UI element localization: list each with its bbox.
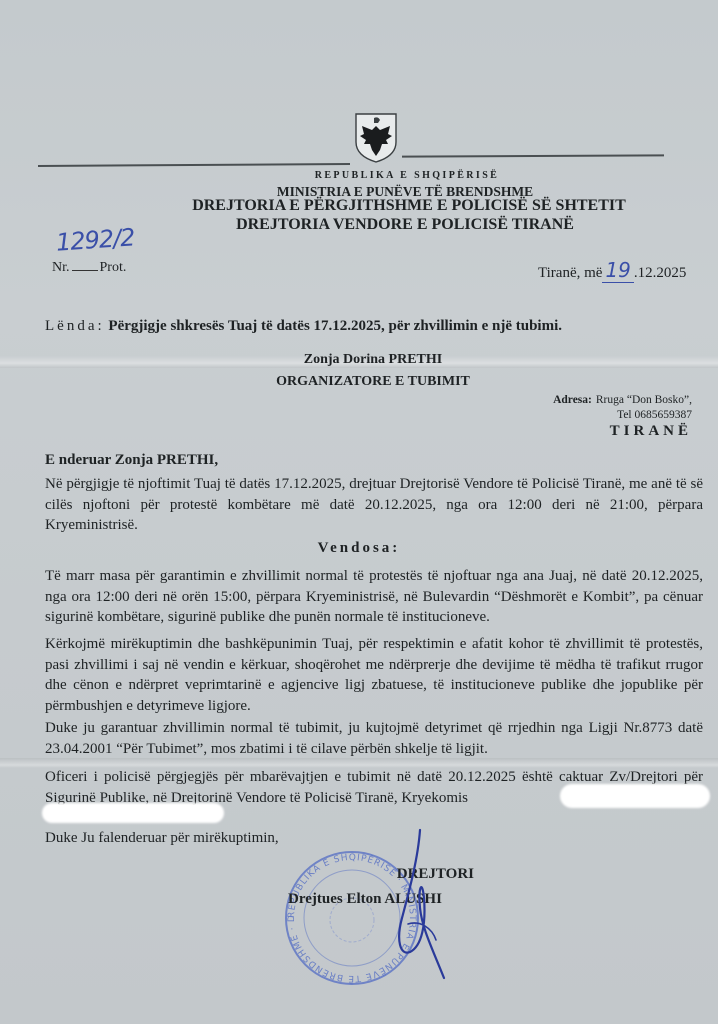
paragraph-intro: Në përgjigje të njoftimit Tuaj të datës …: [45, 474, 703, 536]
header-republic: REPUBLIKA E SHQIPËRISË: [48, 170, 718, 181]
header-local-directorate: DREJTORIA VENDORE E POLICISË TIRANË: [46, 216, 718, 234]
address-phone: Tel 0685659387: [553, 408, 692, 423]
subject-label: Lënda:: [45, 318, 105, 334]
date-line: Tiranë, më19.12.2025: [538, 258, 686, 282]
paragraph-decision: Të marr masa për garantimin e zhvillimit…: [45, 566, 703, 628]
date-prefix: Tiranë, më: [538, 265, 602, 281]
date-suffix: .12.2025: [634, 265, 687, 281]
redaction-mark: [560, 784, 710, 808]
paragraph-law-reminder: Duke ju garantuar zhvillimin normal të t…: [45, 718, 703, 759]
recipient-role: ORGANIZATORE E TUBIMIT: [14, 374, 718, 390]
handwritten-day: 19: [602, 258, 633, 283]
nr-blank: [72, 270, 98, 271]
subject-text: Përgjigje shkresës Tuaj të datës 17.12.2…: [108, 318, 562, 334]
recipient-address: Adresa:Rruga “Don Bosko”, Tel 0685659387: [553, 393, 692, 423]
greeting: E nderuar Zonja PRETHI,: [45, 452, 218, 469]
signature-icon: [380, 828, 460, 988]
nr-label: Nr.: [52, 260, 70, 275]
address-label: Adresa:: [553, 394, 592, 406]
paragraph-request: Kërkojmë mirëkuptimin dhe bashkëpunimin …: [45, 634, 703, 716]
subject-line: Lënda: Përgjigje shkresës Tuaj të datës …: [45, 318, 562, 335]
header-rule: [38, 163, 350, 167]
albanian-coat-of-arms-icon: [354, 112, 398, 164]
decision-heading: Vendosa:: [0, 540, 718, 557]
header-rule: [402, 154, 664, 157]
redaction-mark: [42, 803, 224, 823]
header-general-directorate: DREJTORIA E PËRGJITHSHME E POLICISË SË S…: [50, 197, 718, 215]
address-street: Rruga “Don Bosko”,: [596, 394, 692, 406]
protocol-label: Nr.Prot.: [52, 260, 126, 276]
handwritten-protocol-number: 1292/2: [55, 223, 135, 256]
closing-line: Duke Ju falenderuar për mirëkuptimin,: [45, 830, 279, 847]
prot-label: Prot.: [100, 260, 127, 275]
recipient-city: TIRANË: [610, 423, 692, 440]
recipient-name: Zonja Dorina PRETHI: [14, 352, 718, 368]
